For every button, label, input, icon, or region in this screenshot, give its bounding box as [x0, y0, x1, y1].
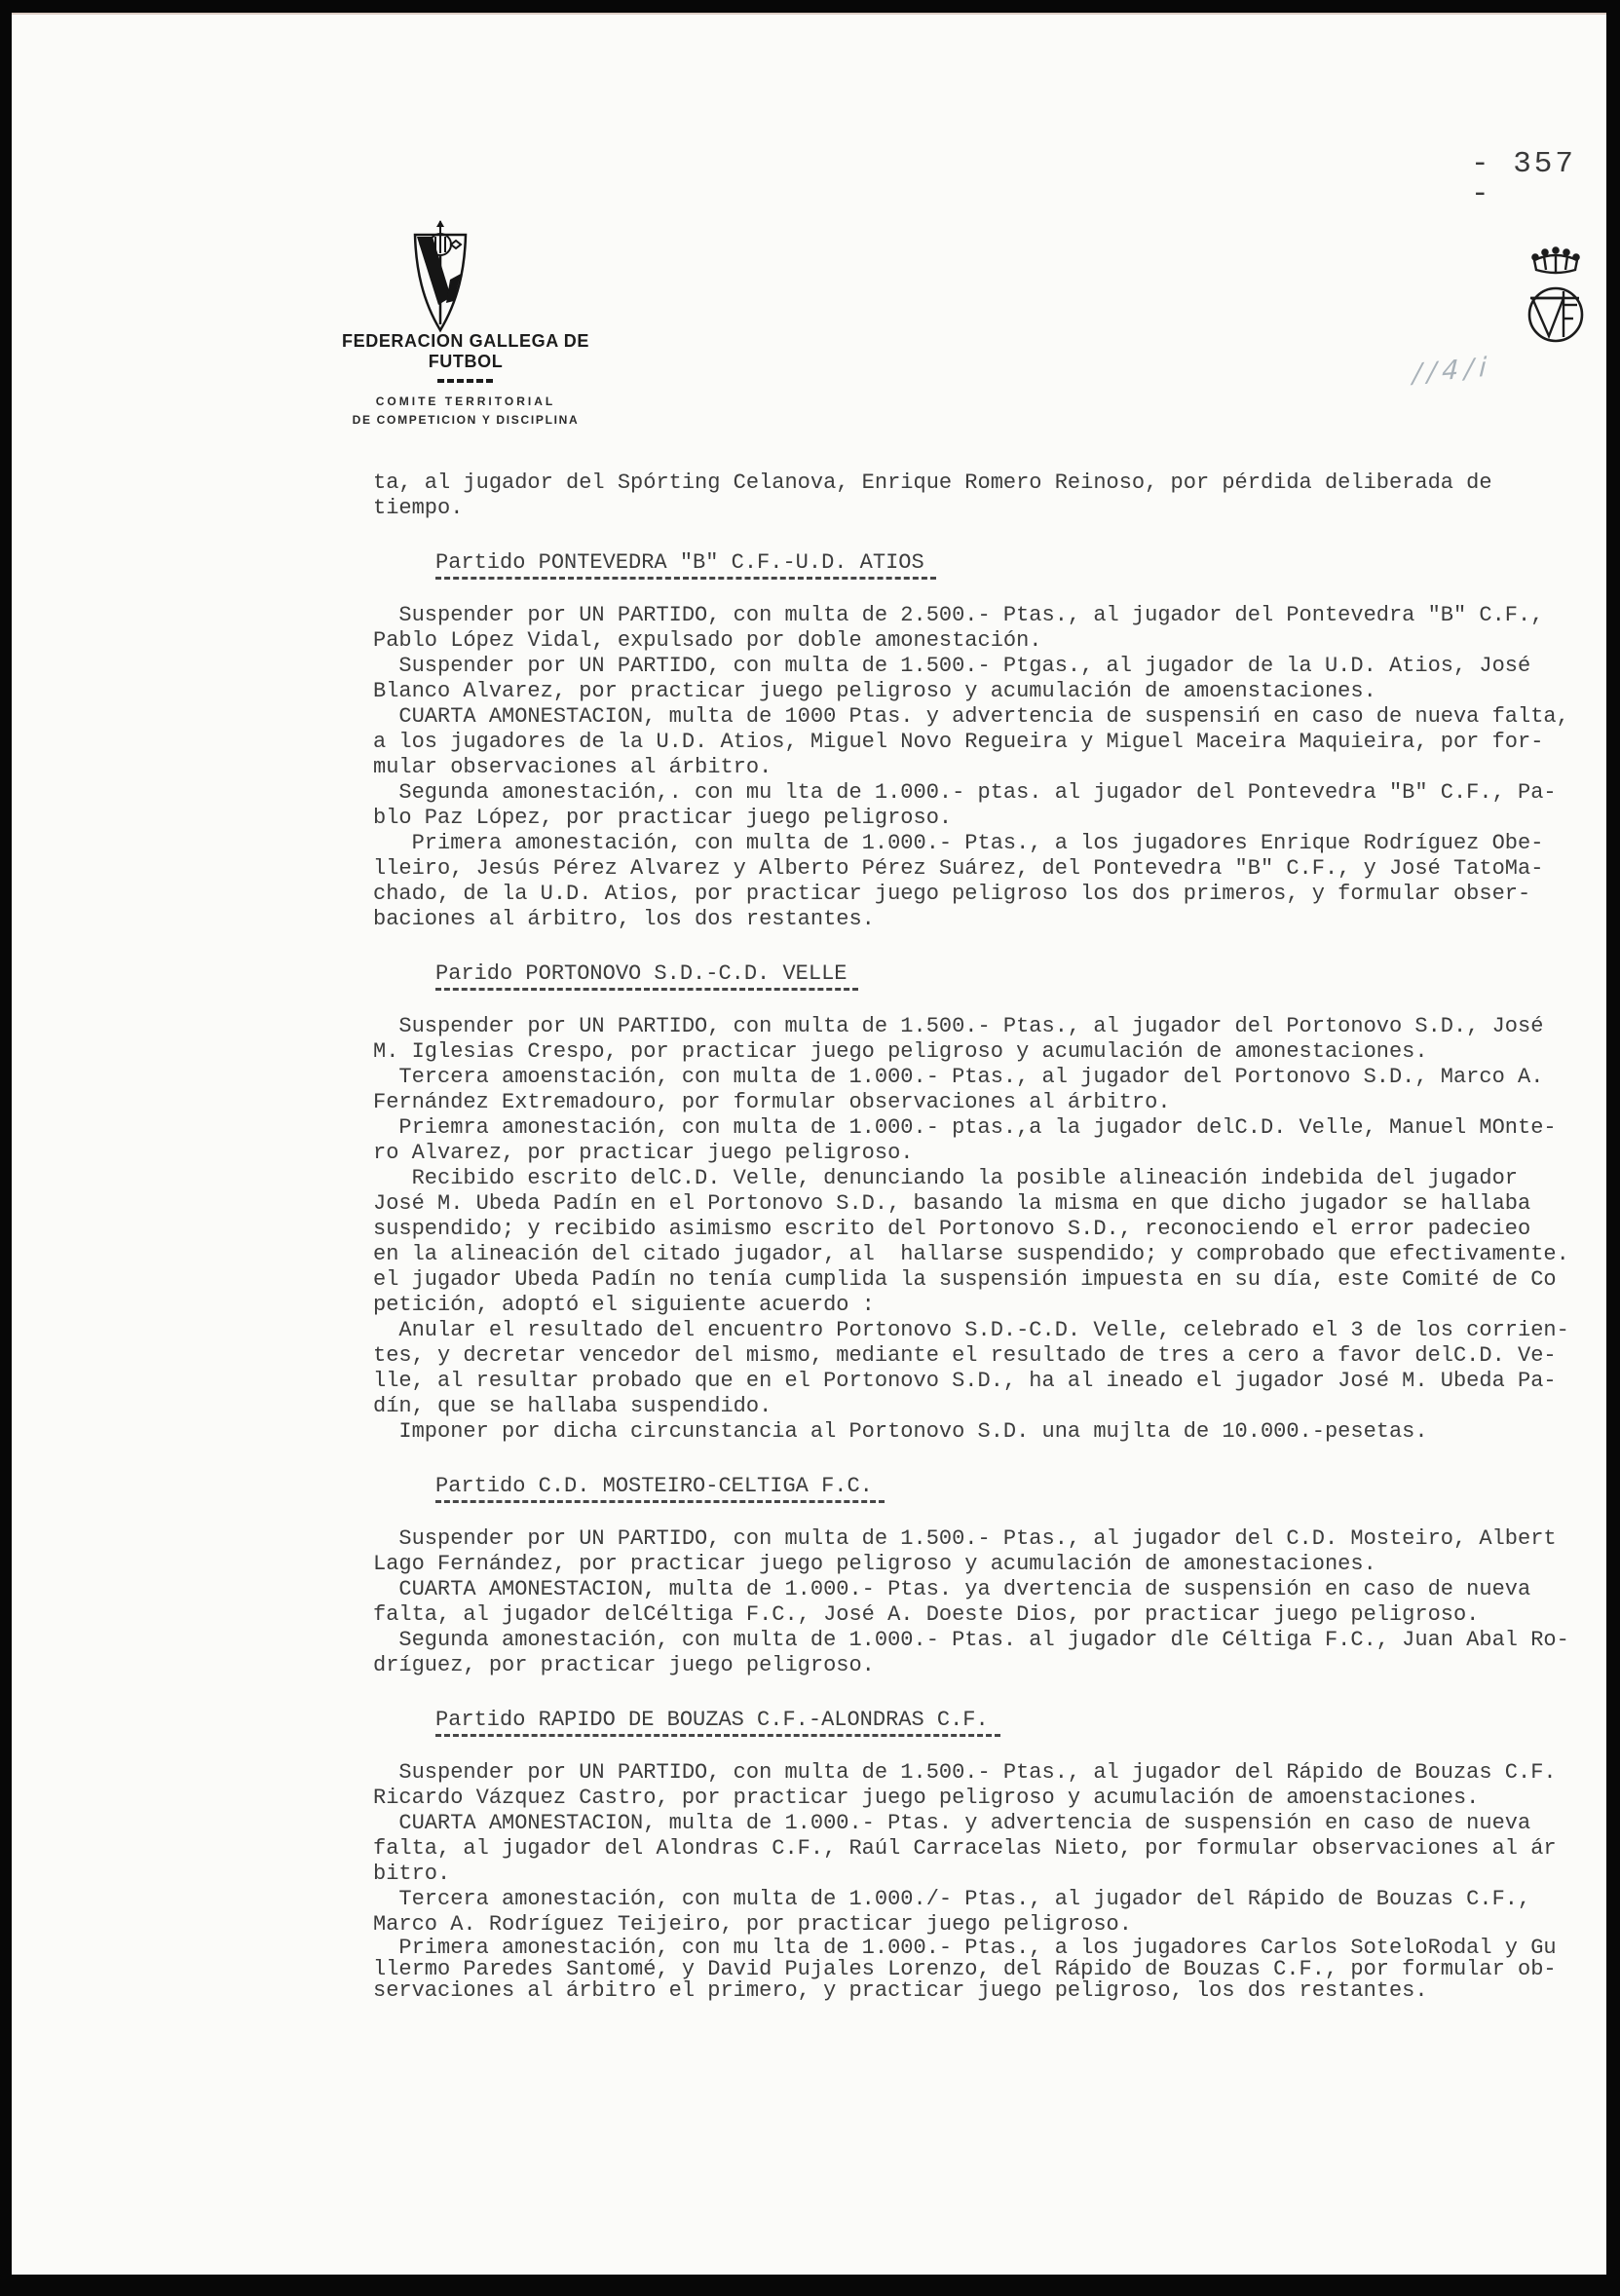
text-line: CUARTA AMONESTACION, multa de 1000 Ptas.… [373, 704, 1612, 730]
paragraph: CUARTA AMONESTACION, multa de 1.000.- Pt… [373, 1811, 1612, 1887]
text-line: Ricardo Vázquez Castro, por practicar ju… [373, 1786, 1612, 1811]
paragraph: Imponer por dicha circunstancia al Porto… [373, 1419, 1612, 1445]
text-line: petición, adoptó el siguiente acuerdo : [373, 1293, 1612, 1318]
text-line: chado, de la U.D. Atios, por practicar j… [373, 882, 1612, 907]
paragraph: Suspender por UN PARTIDO, con multa de 1… [373, 1014, 1612, 1065]
text-line: lle, al resultar probado que en el Porto… [373, 1369, 1612, 1394]
text-line: en la alineación del citado jugador, al … [373, 1242, 1612, 1267]
text-line: blo Paz López, por practicar juego pelig… [373, 806, 1612, 831]
text-line: Imponer por dicha circunstancia al Porto… [373, 1419, 1612, 1445]
paragraph: Primera amonestación, con mu lta de 1.00… [373, 1938, 1612, 2002]
text-line: Suspender por UN PARTIDO, con multa de 2… [373, 603, 1612, 628]
text-line: Segunda amonestación,. con mu lta de 1.0… [373, 780, 1612, 806]
text-line: Suspender por UN PARTIDO, con multa de 1… [373, 1760, 1612, 1786]
text-line: tiempo. [373, 496, 1612, 521]
paragraph: CUARTA AMONESTACION, multa de 1.000.- Pt… [373, 1577, 1612, 1628]
committee-line1: COMITE TERRITORIAL [320, 394, 612, 410]
paragraph: Suspender por UN PARTIDO, con multa de 2… [373, 603, 1612, 654]
text-line: falta, al jugador del Alondras C.F., Raú… [373, 1836, 1612, 1862]
paragraph: Tercera amonestación, con multa de 1.000… [373, 1887, 1612, 1938]
federation-shield-icon [404, 219, 476, 334]
paragraph: Suspender por UN PARTIDO, con multa de 1… [373, 1526, 1612, 1577]
paragraph: CUARTA AMONESTACION, multa de 1000 Ptas.… [373, 704, 1612, 780]
scanned-page: - 357 - FEDERACION GALLEGA DE FUTBOL [12, 13, 1606, 2275]
match-heading: Parido PORTONOVO S.D.-C.D. VELLE [435, 961, 1612, 991]
text-line: bitro. [373, 1862, 1612, 1887]
text-line: Primera amonestación, con multa de 1.000… [373, 831, 1612, 856]
text-line: Tercera amonestación, con multa de 1.000… [373, 1887, 1612, 1912]
paragraph: Priemra amonestación, con multa de 1.000… [373, 1115, 1612, 1166]
text-line: Recibido escrito delC.D. Velle, denuncia… [373, 1166, 1612, 1191]
paragraph: Anular el resultado del encuentro Porton… [373, 1318, 1612, 1419]
text-line: ta, al jugador del Spórting Celanova, En… [373, 470, 1612, 496]
text-line: Fernández Extremadouro, por formular obs… [373, 1090, 1612, 1115]
match-heading-text: Partido RAPIDO DE BOUZAS C.F.-ALONDRAS C… [435, 1708, 1000, 1737]
paragraph: Suspender por UN PARTIDO, con multa de 1… [373, 654, 1612, 704]
text-line: dín, que se hallaba suspendido. [373, 1394, 1612, 1419]
document-body: ta, al jugador del Spórting Celanova, En… [373, 470, 1612, 2002]
text-line: M. Iglesias Crespo, por practicar juego … [373, 1039, 1612, 1065]
text-line: el jugador Ubeda Padín no tenía cumplida… [373, 1267, 1612, 1293]
text-line: Lago Fernández, por practicar juego peli… [373, 1552, 1612, 1577]
paragraph: Segunda amonestación,. con mu lta de 1.0… [373, 780, 1612, 831]
letterhead: FEDERACION GALLEGA DE FUTBOL COMITE TERR… [320, 331, 612, 429]
text-line: llermo Paredes Santomé, y David Pujales … [373, 1959, 1612, 1980]
text-line: CUARTA AMONESTACION, multa de 1.000.- Pt… [373, 1577, 1612, 1602]
text-line: Tercera amoenstación, con multa de 1.000… [373, 1065, 1612, 1090]
match-section: Partido RAPIDO DE BOUZAS C.F.-ALONDRAS C… [373, 1708, 1612, 2002]
match-heading: Partido RAPIDO DE BOUZAS C.F.-ALONDRAS C… [435, 1708, 1612, 1737]
handwritten-note: //4/i [1412, 354, 1492, 387]
text-line: ro Alvarez, por practicar juego peligros… [373, 1141, 1612, 1166]
match-heading: Partido C.D. MOSTEIRO-CELTIGA F.C. [435, 1474, 1612, 1503]
text-line: Priemra amonestación, con multa de 1.000… [373, 1115, 1612, 1141]
match-section: Partido C.D. MOSTEIRO-CELTIGA F.C. Suspe… [373, 1474, 1612, 1678]
letterhead-divider [437, 379, 494, 383]
text-line: Suspender por UN PARTIDO, con multa de 1… [373, 654, 1612, 679]
text-line: Segunda amonestación, con multa de 1.000… [373, 1628, 1612, 1653]
text-line: José M. Ubeda Padín en el Portonovo S.D.… [373, 1191, 1612, 1217]
text-line: Blanco Alvarez, por practicar juego peli… [373, 679, 1612, 704]
paragraph: Recibido escrito delC.D. Velle, denuncia… [373, 1166, 1612, 1318]
text-line: Anular el resultado del encuentro Porton… [373, 1318, 1612, 1343]
text-line: lleiro, Jesús Pérez Alvarez y Alberto Pé… [373, 856, 1612, 882]
text-line: Suspender por UN PARTIDO, con multa de 1… [373, 1014, 1612, 1039]
intro-paragraph: ta, al jugador del Spórting Celanova, En… [373, 470, 1612, 521]
text-line: Primera amonestación, con mu lta de 1.00… [373, 1938, 1612, 1959]
text-line: Suspender por UN PARTIDO, con multa de 1… [373, 1526, 1612, 1552]
committee-line2: DE COMPETICION Y DISCIPLINA [320, 411, 612, 430]
text-line: CUARTA AMONESTACION, multa de 1.000.- Pt… [373, 1811, 1612, 1836]
scan-frame: { "page_number": "- 357 -", "handwritten… [0, 0, 1620, 2296]
paragraph: Primera amonestación, con multa de 1.000… [373, 831, 1612, 932]
royal-crown-emblem-icon [1523, 246, 1589, 356]
text-line: servaciones al árbitro el primero, y pra… [373, 1980, 1612, 2002]
text-line: mular observaciones al árbitro. [373, 755, 1612, 780]
match-section: Parido PORTONOVO S.D.-C.D. VELLE Suspend… [373, 961, 1612, 1445]
match-section: Partido PONTEVEDRA "B" C.F.-U.D. ATIOS S… [373, 550, 1612, 932]
paragraph: Segunda amonestación, con multa de 1.000… [373, 1628, 1612, 1678]
match-heading-text: Partido C.D. MOSTEIRO-CELTIGA F.C. [435, 1474, 885, 1503]
text-line: suspendido; y recibido asimismo escrito … [373, 1217, 1612, 1242]
match-heading-text: Parido PORTONOVO S.D.-C.D. VELLE [435, 961, 858, 991]
text-line: baciones al árbitro, los dos restantes. [373, 907, 1612, 932]
text-line: tes, y decretar vencedor del mismo, medi… [373, 1343, 1612, 1369]
paragraph: Tercera amoenstación, con multa de 1.000… [373, 1065, 1612, 1115]
text-line: falta, al jugador delCéltiga F.C., José … [373, 1602, 1612, 1628]
match-heading: Partido PONTEVEDRA "B" C.F.-U.D. ATIOS [435, 550, 1612, 580]
match-heading-text: Partido PONTEVEDRA "B" C.F.-U.D. ATIOS [435, 550, 936, 580]
text-line: Pablo López Vidal, expulsado por doble a… [373, 628, 1612, 654]
paragraph: Suspender por UN PARTIDO, con multa de 1… [373, 1760, 1612, 1811]
text-line: Marco A. Rodríguez Teijeiro, por practic… [373, 1912, 1612, 1938]
page-number: - 357 - [1471, 149, 1606, 209]
text-line: dríguez, por practicar juego peligroso. [373, 1653, 1612, 1678]
text-line: a los jugadores de la U.D. Atios, Miguel… [373, 730, 1612, 755]
organization-name: FEDERACION GALLEGA DE FUTBOL [320, 331, 612, 371]
